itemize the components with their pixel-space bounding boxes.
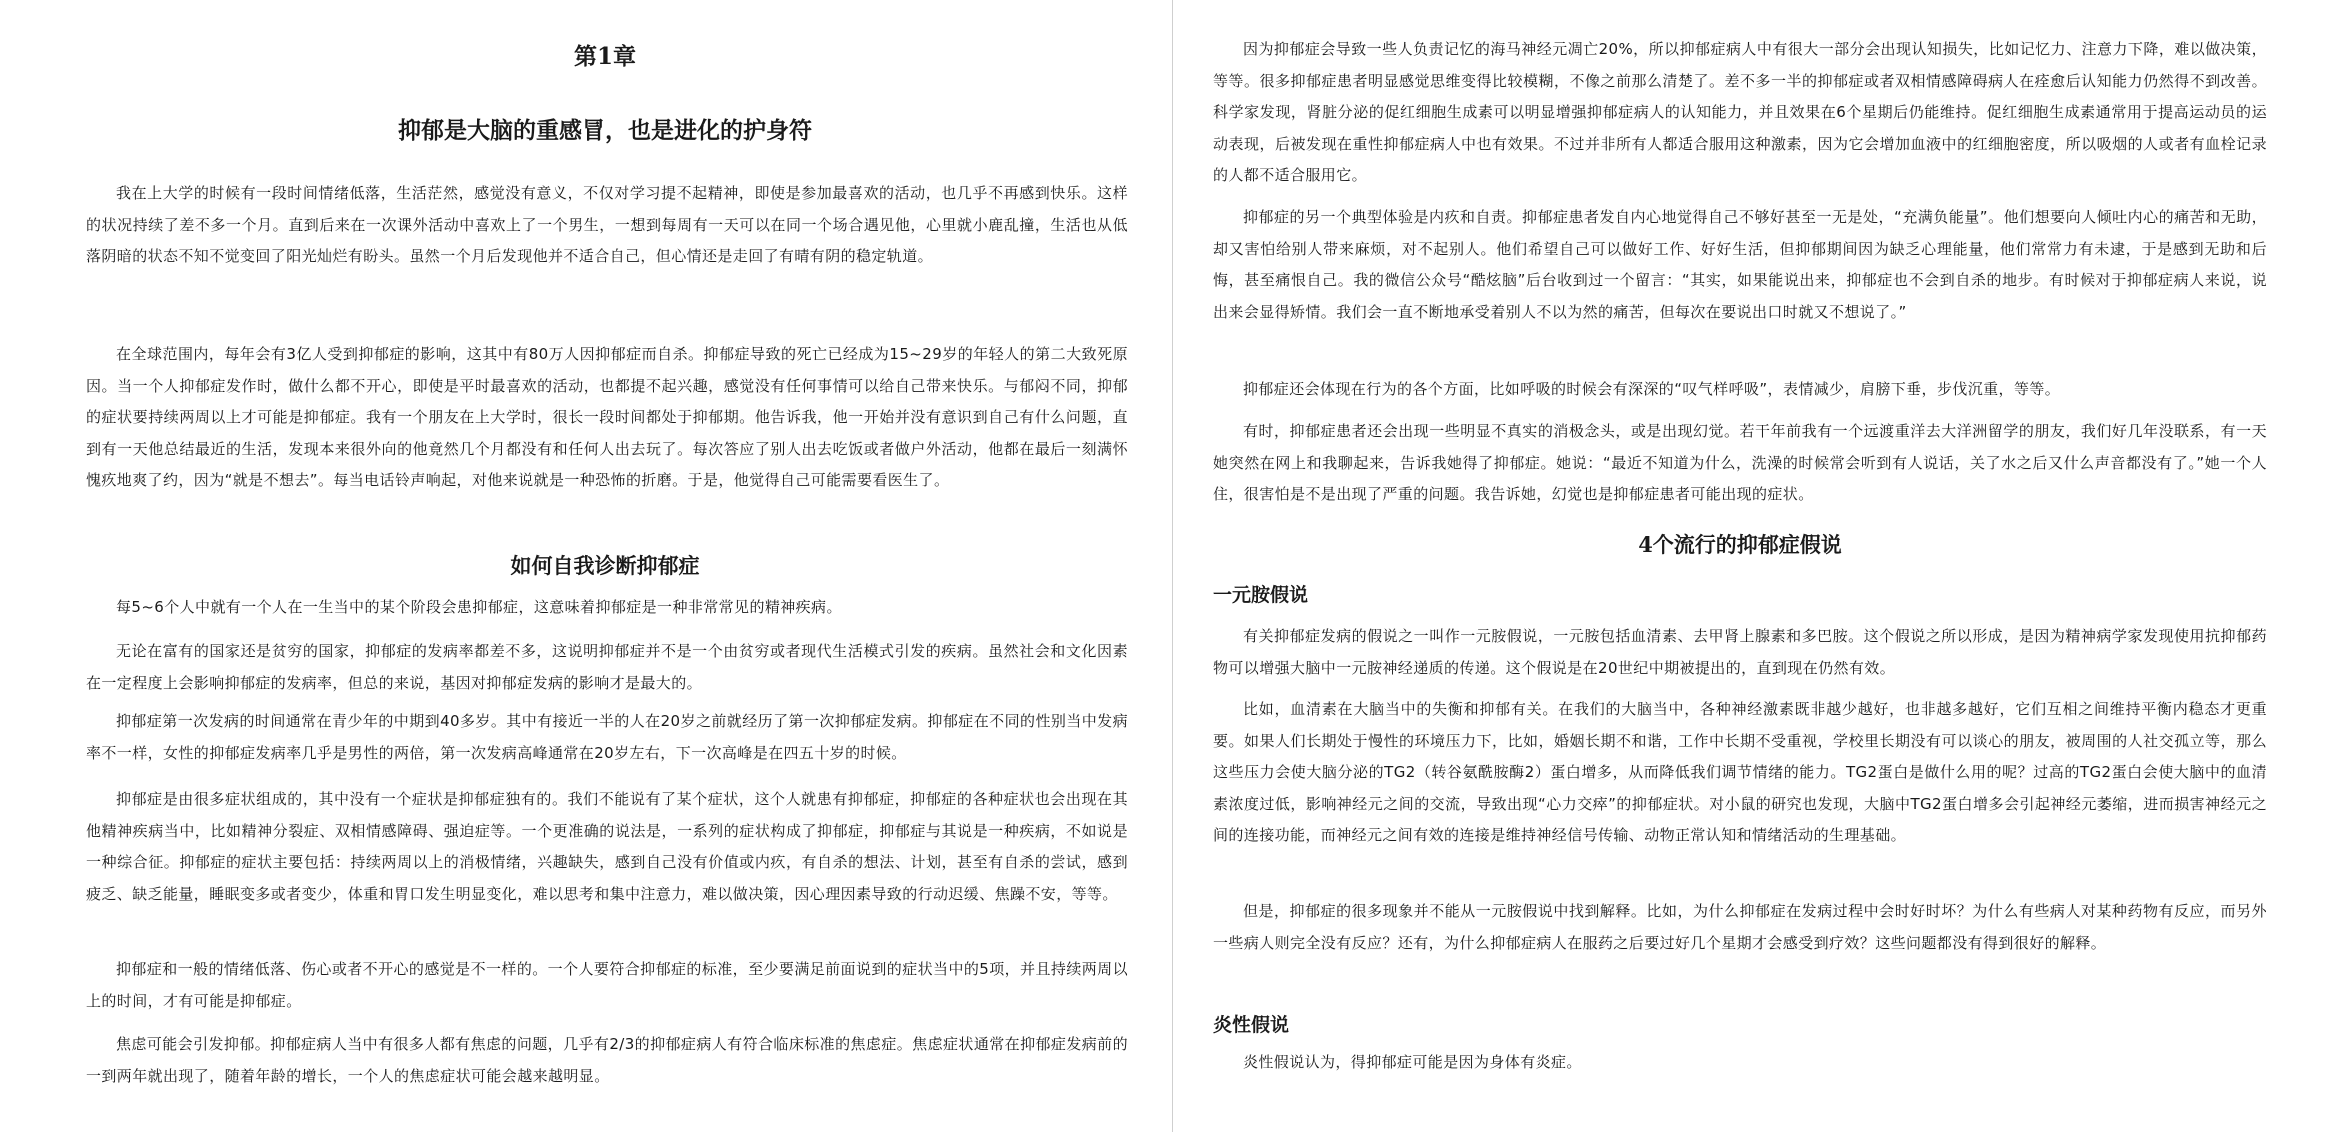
paragraph: 无论在富有的国家还是贫穷的国家，抑郁症的发病率都差不多，这说明抑郁症并不是一个由… <box>86 636 1128 699</box>
paragraph: 焦虑可能会引发抑郁。抑郁症病人当中有很多人都有焦虑的问题，几乎有2/3的抑郁症病… <box>86 1029 1128 1092</box>
left-page: 第1章 抑郁是大脑的重感冒，也是进化的护身符 我在上大学的时候有一段时间情绪低落… <box>0 0 1172 1132</box>
paragraph: 在全球范围内，每年会有3亿人受到抑郁症的影响，这其中有80万人因抑郁症而自杀。抑… <box>86 339 1128 497</box>
paragraph: 抑郁症是由很多症状组成的，其中没有一个症状是抑郁症独有的。我们不能说有了某个症状… <box>86 784 1128 910</box>
paragraph: 我在上大学的时候有一段时间情绪低落，生活茫然，感觉没有意义，不仅对学习提不起精神… <box>86 178 1128 273</box>
paragraph: 抑郁症和一般的情绪低落、伤心或者不开心的感觉是不一样的。一个人要符合抑郁症的标准… <box>86 954 1128 1017</box>
paragraph: 炎性假说认为，得抑郁症可能是因为身体有炎症。 <box>1213 1047 2267 1079</box>
paragraph: 因为抑郁症会导致一些人负责记忆的海马神经元凋亡20%，所以抑郁症病人中有很大一部… <box>1213 34 2267 192</box>
paragraph: 每5~6个人中就有一个人在一生当中的某个阶段会患抑郁症，这意味着抑郁症是一种非常… <box>86 592 1128 624</box>
paragraph: 抑郁症还会体现在行为的各个方面，比如呼吸的时候会有深深的“叹气样呼吸”，表情减少… <box>1213 374 2267 406</box>
paragraph: 但是，抑郁症的很多现象并不能从一元胺假说中找到解释。比如，为什么抑郁症在发病过程… <box>1213 896 2267 959</box>
paragraph: 比如，血清素在大脑当中的失衡和抑郁有关。在我们的大脑当中，各种神经激素既非越少越… <box>1213 694 2267 852</box>
section-heading: 如何自我诊断抑郁症 <box>0 550 1210 580</box>
section-heading: 4个流行的抑郁症假说 <box>1173 529 2307 559</box>
paragraph: 抑郁症的另一个典型体验是内疚和自责。抑郁症患者发自内心地觉得自己不够好甚至一无是… <box>1213 202 2267 328</box>
subsection-heading: 炎性假说 <box>1213 1010 1289 1037</box>
right-page: 因为抑郁症会导致一些人负责记忆的海马神经元凋亡20%，所以抑郁症病人中有很大一部… <box>1173 0 2345 1132</box>
paragraph: 有时，抑郁症患者还会出现一些明显不真实的消极念头，或是出现幻觉。若干年前我有一个… <box>1213 416 2267 511</box>
chapter-label: 第1章 <box>0 38 1210 71</box>
paragraph: 有关抑郁症发病的假说之一叫作一元胺假说，一元胺包括血清素、去甲肾上腺素和多巴胺。… <box>1213 621 2267 684</box>
paragraph: 抑郁症第一次发病的时间通常在青少年的中期到40多岁。其中有接近一半的人在20岁之… <box>86 706 1128 769</box>
chapter-title: 抑郁是大脑的重感冒，也是进化的护身符 <box>0 112 1210 145</box>
subsection-heading: 一元胺假说 <box>1213 580 1308 607</box>
